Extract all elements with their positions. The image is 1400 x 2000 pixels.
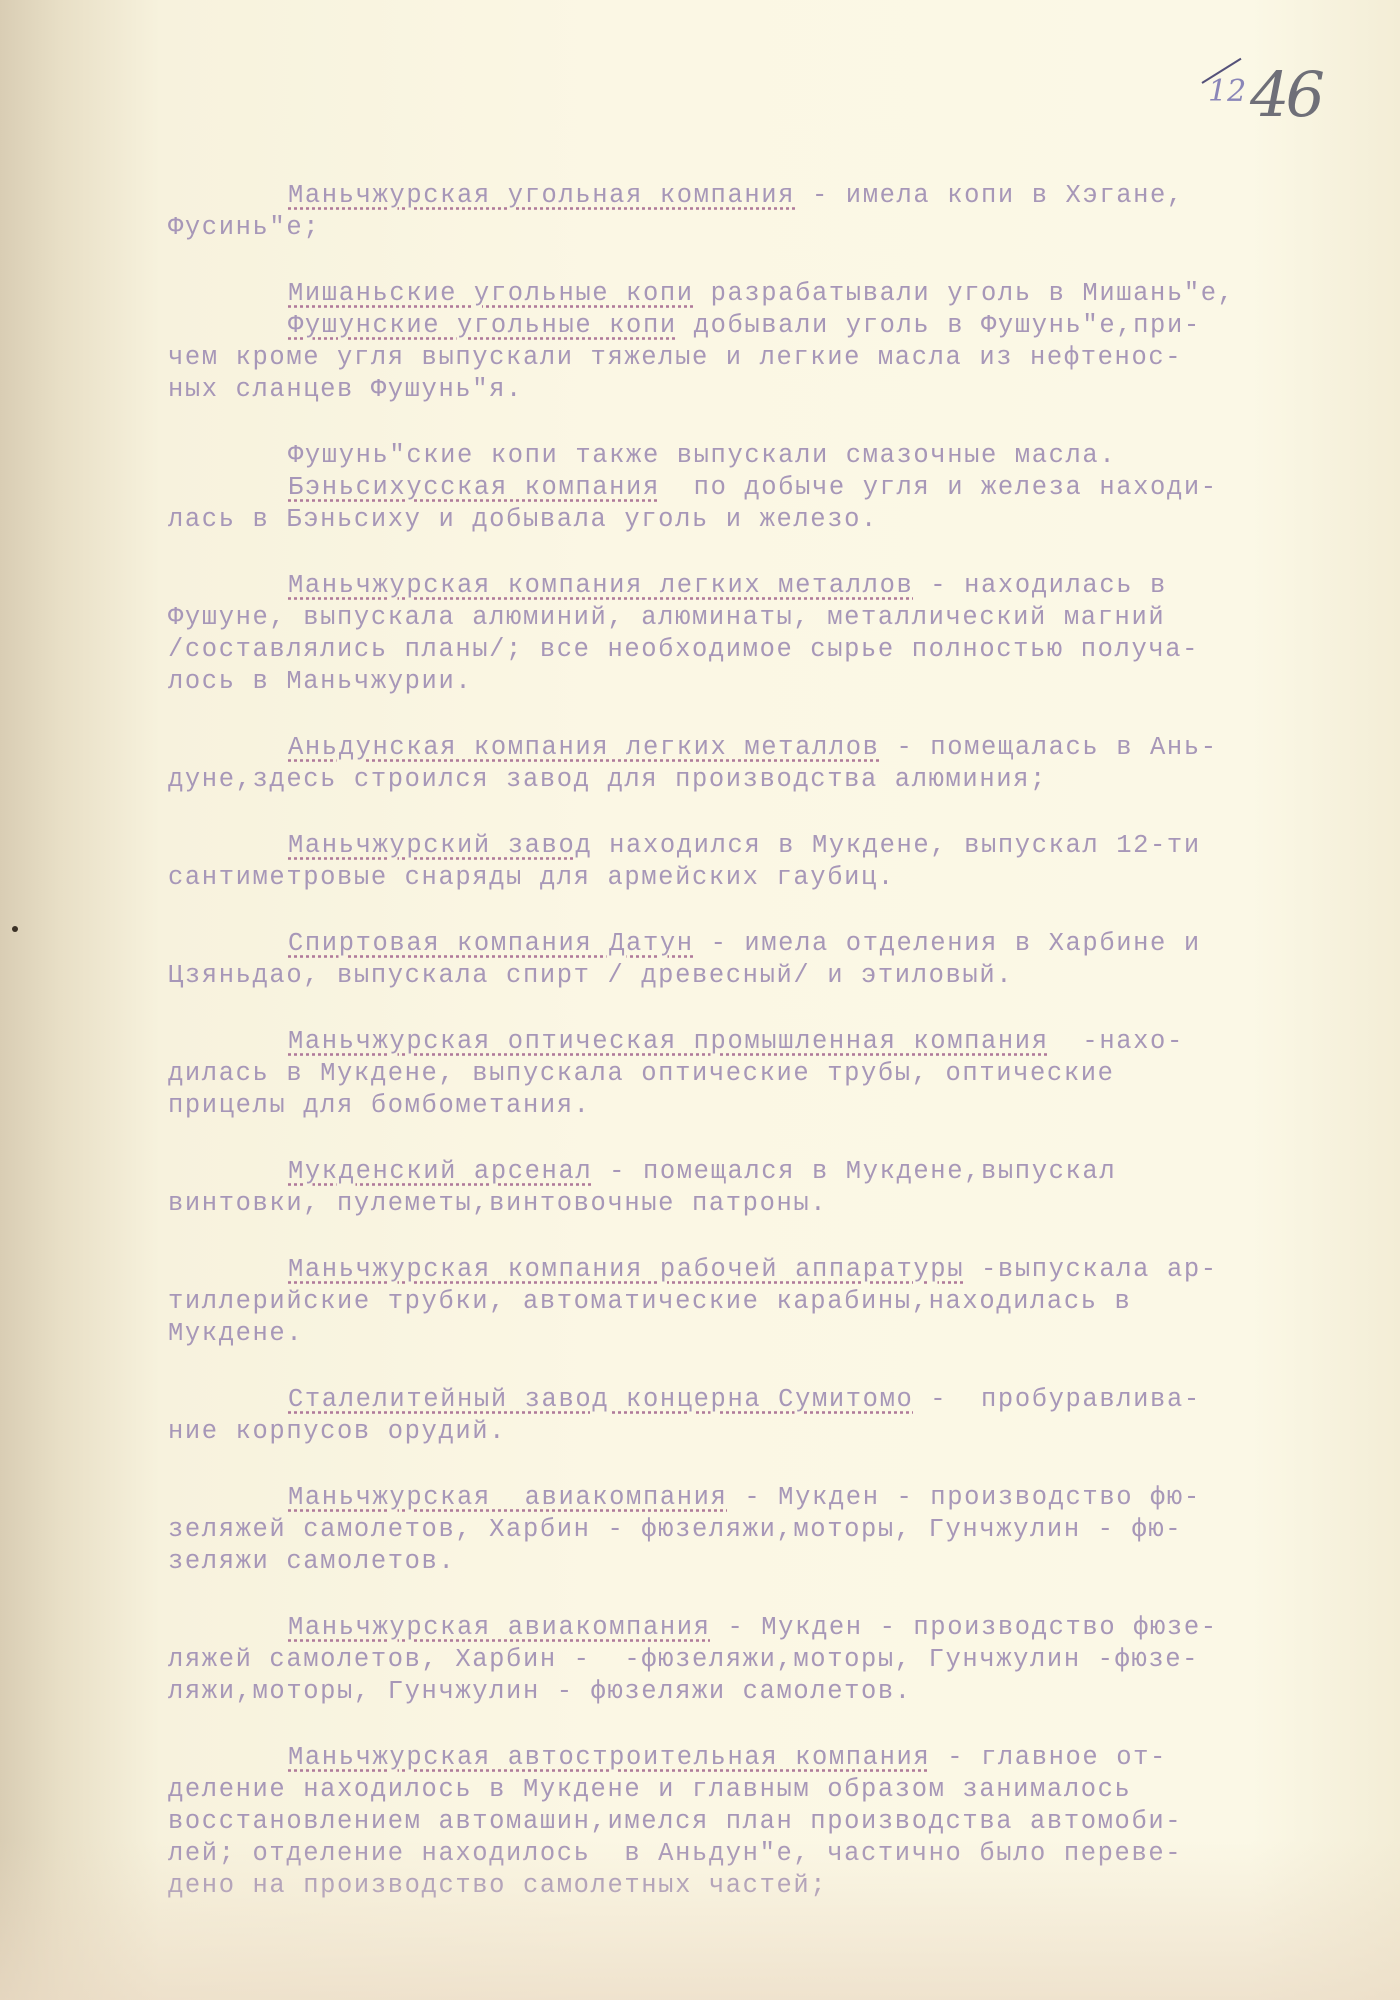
typewritten-body: Маньчжурская угольная компания - имела к… (168, 180, 1398, 1902)
paragraph: Маньчжурская угольная компания - имела к… (168, 180, 1398, 244)
text-line: /составлялись планы/; все необходимое сы… (168, 634, 1398, 666)
text-line: деление находилось в Мукдене и главным о… (168, 1774, 1398, 1806)
text-line: Мишаньские угольные копи разрабатывали у… (168, 278, 1398, 310)
text-line: Маньчжурская угольная компания - имела к… (168, 180, 1398, 212)
text-line: Мукдене. (168, 1318, 1398, 1350)
paragraph: Маньчжурская авиакомпания - Мукден - про… (168, 1612, 1398, 1708)
text-line: ляжей самолетов, Харбин - -фюзеляжи,мото… (168, 1644, 1398, 1676)
text-line: Фушунские угольные копи добывали уголь в… (168, 310, 1398, 342)
company-name: Маньчжурская компания легких металлов (288, 571, 913, 600)
line-text: дуне,здесь строился завод для производст… (168, 765, 1047, 794)
line-text: - находилась в (913, 571, 1167, 600)
text-line: прицелы для бомбометания. (168, 1090, 1398, 1122)
company-name: Бэньсихусская компания (288, 473, 660, 502)
text-line: Фусинь"е; (168, 212, 1398, 244)
line-text: сантиметровые снаряды для армейских гауб… (168, 863, 895, 892)
page-number: 12 46 (1200, 60, 1320, 130)
line-text: прицелы для бомбометания. (168, 1091, 591, 1120)
paragraph: Фушунь"ские копи также выпускали смазочн… (168, 440, 1398, 536)
text-line: тиллерийские трубки, автоматические кара… (168, 1286, 1398, 1318)
paragraph: Маньчжурская компания легких металлов - … (168, 570, 1398, 698)
line-text: лось в Маньчжурии. (168, 667, 472, 696)
line-text: находился в Мукдене, выпускал 12-ти (592, 831, 1201, 860)
text-line: дилась в Мукдене, выпускала оптические т… (168, 1058, 1398, 1090)
paragraph: Маньчжурский завод находился в Мукдене, … (168, 830, 1398, 894)
line-text: зеляжи самолетов. (168, 1547, 455, 1576)
text-line: Маньчжурская компания легких металлов - … (168, 570, 1398, 602)
line-text: ляжей самолетов, Харбин - -фюзеляжи,мото… (168, 1645, 1199, 1674)
line-text: Мукдене. (168, 1319, 303, 1348)
text-line: Цзяньдао, выпускала спирт / древесный/ и… (168, 960, 1398, 992)
text-line: дуне,здесь строился завод для производст… (168, 764, 1398, 796)
line-text: дено на производство самолетных частей; (168, 1871, 827, 1900)
line-text: - Мукден - производство фюзе- (711, 1613, 1218, 1642)
line-text: ляжи,моторы, Гунчжулин - фюзеляжи самоле… (168, 1677, 912, 1706)
line-text: - пробуравлива- (913, 1385, 1200, 1414)
document-page: 12 46 Маньчжурская угольная компания - и… (0, 0, 1400, 2000)
text-line: ние корпусов орудий. (168, 1416, 1398, 1448)
text-line: Маньчжурская компания рабочей аппаратуры… (168, 1254, 1398, 1286)
text-line: лей; отделение находилось в Аньдун"е, ча… (168, 1838, 1398, 1870)
text-line: Маньчжурская авиакомпания - Мукден - про… (168, 1482, 1398, 1514)
paragraph: Мишаньские угольные копи разрабатывали у… (168, 278, 1398, 406)
text-line: лось в Маньчжурии. (168, 666, 1398, 698)
line-text: - главное от- (930, 1743, 1167, 1772)
text-line: винтовки, пулеметы,винтовочные патроны. (168, 1188, 1398, 1220)
text-line: сантиметровые снаряды для армейских гауб… (168, 862, 1398, 894)
paragraph: Мукденский арсенал - помещался в Мукдене… (168, 1156, 1398, 1220)
text-line: ных сланцев Фушунь"я. (168, 374, 1398, 406)
line-text: добывали уголь в Фушунь"е,при- (677, 311, 1201, 340)
paragraph: Спиртовая компания Датун - имела отделен… (168, 928, 1398, 992)
text-line: Маньчжурская оптическая промышленная ком… (168, 1026, 1398, 1058)
line-text: лей; отделение находилось в Аньдун"е, ча… (168, 1839, 1182, 1868)
line-text: деление находилось в Мукдене и главным о… (168, 1775, 1131, 1804)
text-line: Фушунь"ские копи также выпускали смазочн… (168, 440, 1398, 472)
paragraph: Аньдунская компания легких металлов - по… (168, 732, 1398, 796)
line-text: зеляжей самолетов, Харбин - фюзеляжи,мот… (168, 1515, 1182, 1544)
line-text: ных сланцев Фушунь"я. (168, 375, 523, 404)
paragraph: Маньчжурская авиакомпания - Мукден - про… (168, 1482, 1398, 1578)
paragraph: Маньчжурская автостроительная компания -… (168, 1742, 1398, 1902)
page-number-current: 46 (1250, 58, 1321, 131)
line-text: дилась в Мукдене, выпускала оптические т… (168, 1059, 1115, 1088)
line-text: винтовки, пулеметы,винтовочные патроны. (168, 1189, 827, 1218)
page-number-crossed-out: 12 (1208, 74, 1246, 109)
line-text: лась в Бэньсиху и добывала уголь и желез… (168, 505, 878, 534)
company-name: Маньчжурский завод (288, 831, 592, 860)
company-name: Маньчжурская угольная компания (288, 181, 795, 210)
line-text: - помещалась в Ань- (880, 733, 1218, 762)
company-name: Фушунские угольные копи (288, 311, 677, 340)
line-text: - имела копи в Хэгане, (795, 181, 1184, 210)
text-line: дено на производство самолетных частей; (168, 1870, 1398, 1902)
company-name: Мишаньские угольные копи (288, 279, 694, 308)
paragraph: Маньчжурская компания рабочей аппаратуры… (168, 1254, 1398, 1350)
line-text: Цзяньдао, выпускала спирт / древесный/ и… (168, 961, 1013, 990)
line-text: по добыче угля и железа находи- (660, 473, 1218, 502)
text-line: Мукденский арсенал - помещался в Мукдене… (168, 1156, 1398, 1188)
line-text: Фусинь"е; (168, 213, 320, 242)
line-text: Фушунь"ские копи также выпускали смазочн… (288, 441, 1116, 470)
company-name: Сталелитейный завод концерна Сумитомо (288, 1385, 913, 1414)
paper-blemish (12, 926, 18, 932)
text-line: Спиртовая компания Датун - имела отделен… (168, 928, 1398, 960)
company-name: Маньчжурская авиакомпания (288, 1483, 727, 1512)
text-line: восстановлением автомашин,имелся план пр… (168, 1806, 1398, 1838)
company-name: Маньчжурская оптическая промышленная ком… (288, 1027, 1049, 1056)
line-text: /составлялись планы/; все необходимое сы… (168, 635, 1199, 664)
line-text: - имела отделения в Харбине и (694, 929, 1201, 958)
text-line: Аньдунская компания легких металлов - по… (168, 732, 1398, 764)
company-name: Аньдунская компания легких металлов (288, 733, 880, 762)
text-line: чем кроме угля выпускали тяжелые и легки… (168, 342, 1398, 374)
company-name: Маньчжурская компания рабочей аппаратуры (288, 1255, 964, 1284)
paragraph: Сталелитейный завод концерна Сумитомо - … (168, 1384, 1398, 1448)
text-line: зеляжей самолетов, Харбин - фюзеляжи,мот… (168, 1514, 1398, 1546)
company-name: Спиртовая компания Датун (288, 929, 694, 958)
company-name: Маньчжурская авиакомпания (288, 1613, 711, 1642)
text-line: ляжи,моторы, Гунчжулин - фюзеляжи самоле… (168, 1676, 1398, 1708)
line-text: тиллерийские трубки, автоматические кара… (168, 1287, 1131, 1316)
company-name: Мукденский арсенал (288, 1157, 592, 1186)
line-text: - помещался в Мукдене,выпускал (592, 1157, 1116, 1186)
line-text: -нахо- (1049, 1027, 1184, 1056)
line-text: восстановлением автомашин,имелся план пр… (168, 1807, 1182, 1836)
text-line: Сталелитейный завод концерна Сумитомо - … (168, 1384, 1398, 1416)
line-text: - Мукден - производство фю- (727, 1483, 1200, 1512)
text-line: Маньчжурская авиакомпания - Мукден - про… (168, 1612, 1398, 1644)
line-text: Фушуне, выпускала алюминий, алюминаты, м… (168, 603, 1165, 632)
text-line: зеляжи самолетов. (168, 1546, 1398, 1578)
text-line: Маньчжурский завод находился в Мукдене, … (168, 830, 1398, 862)
paragraph: Маньчжурская оптическая промышленная ком… (168, 1026, 1398, 1122)
line-text: -выпускала ар- (964, 1255, 1218, 1284)
text-line: Фушуне, выпускала алюминий, алюминаты, м… (168, 602, 1398, 634)
line-text: чем кроме угля выпускали тяжелые и легки… (168, 343, 1182, 372)
text-line: Бэньсихусская компания по добыче угля и … (168, 472, 1398, 504)
text-line: лась в Бэньсиху и добывала уголь и желез… (168, 504, 1398, 536)
text-line: Маньчжурская автостроительная компания -… (168, 1742, 1398, 1774)
company-name: Маньчжурская автостроительная компания (288, 1743, 930, 1772)
line-text: разрабатывали уголь в Мишань"е, (694, 279, 1235, 308)
line-text: ние корпусов орудий. (168, 1417, 506, 1446)
